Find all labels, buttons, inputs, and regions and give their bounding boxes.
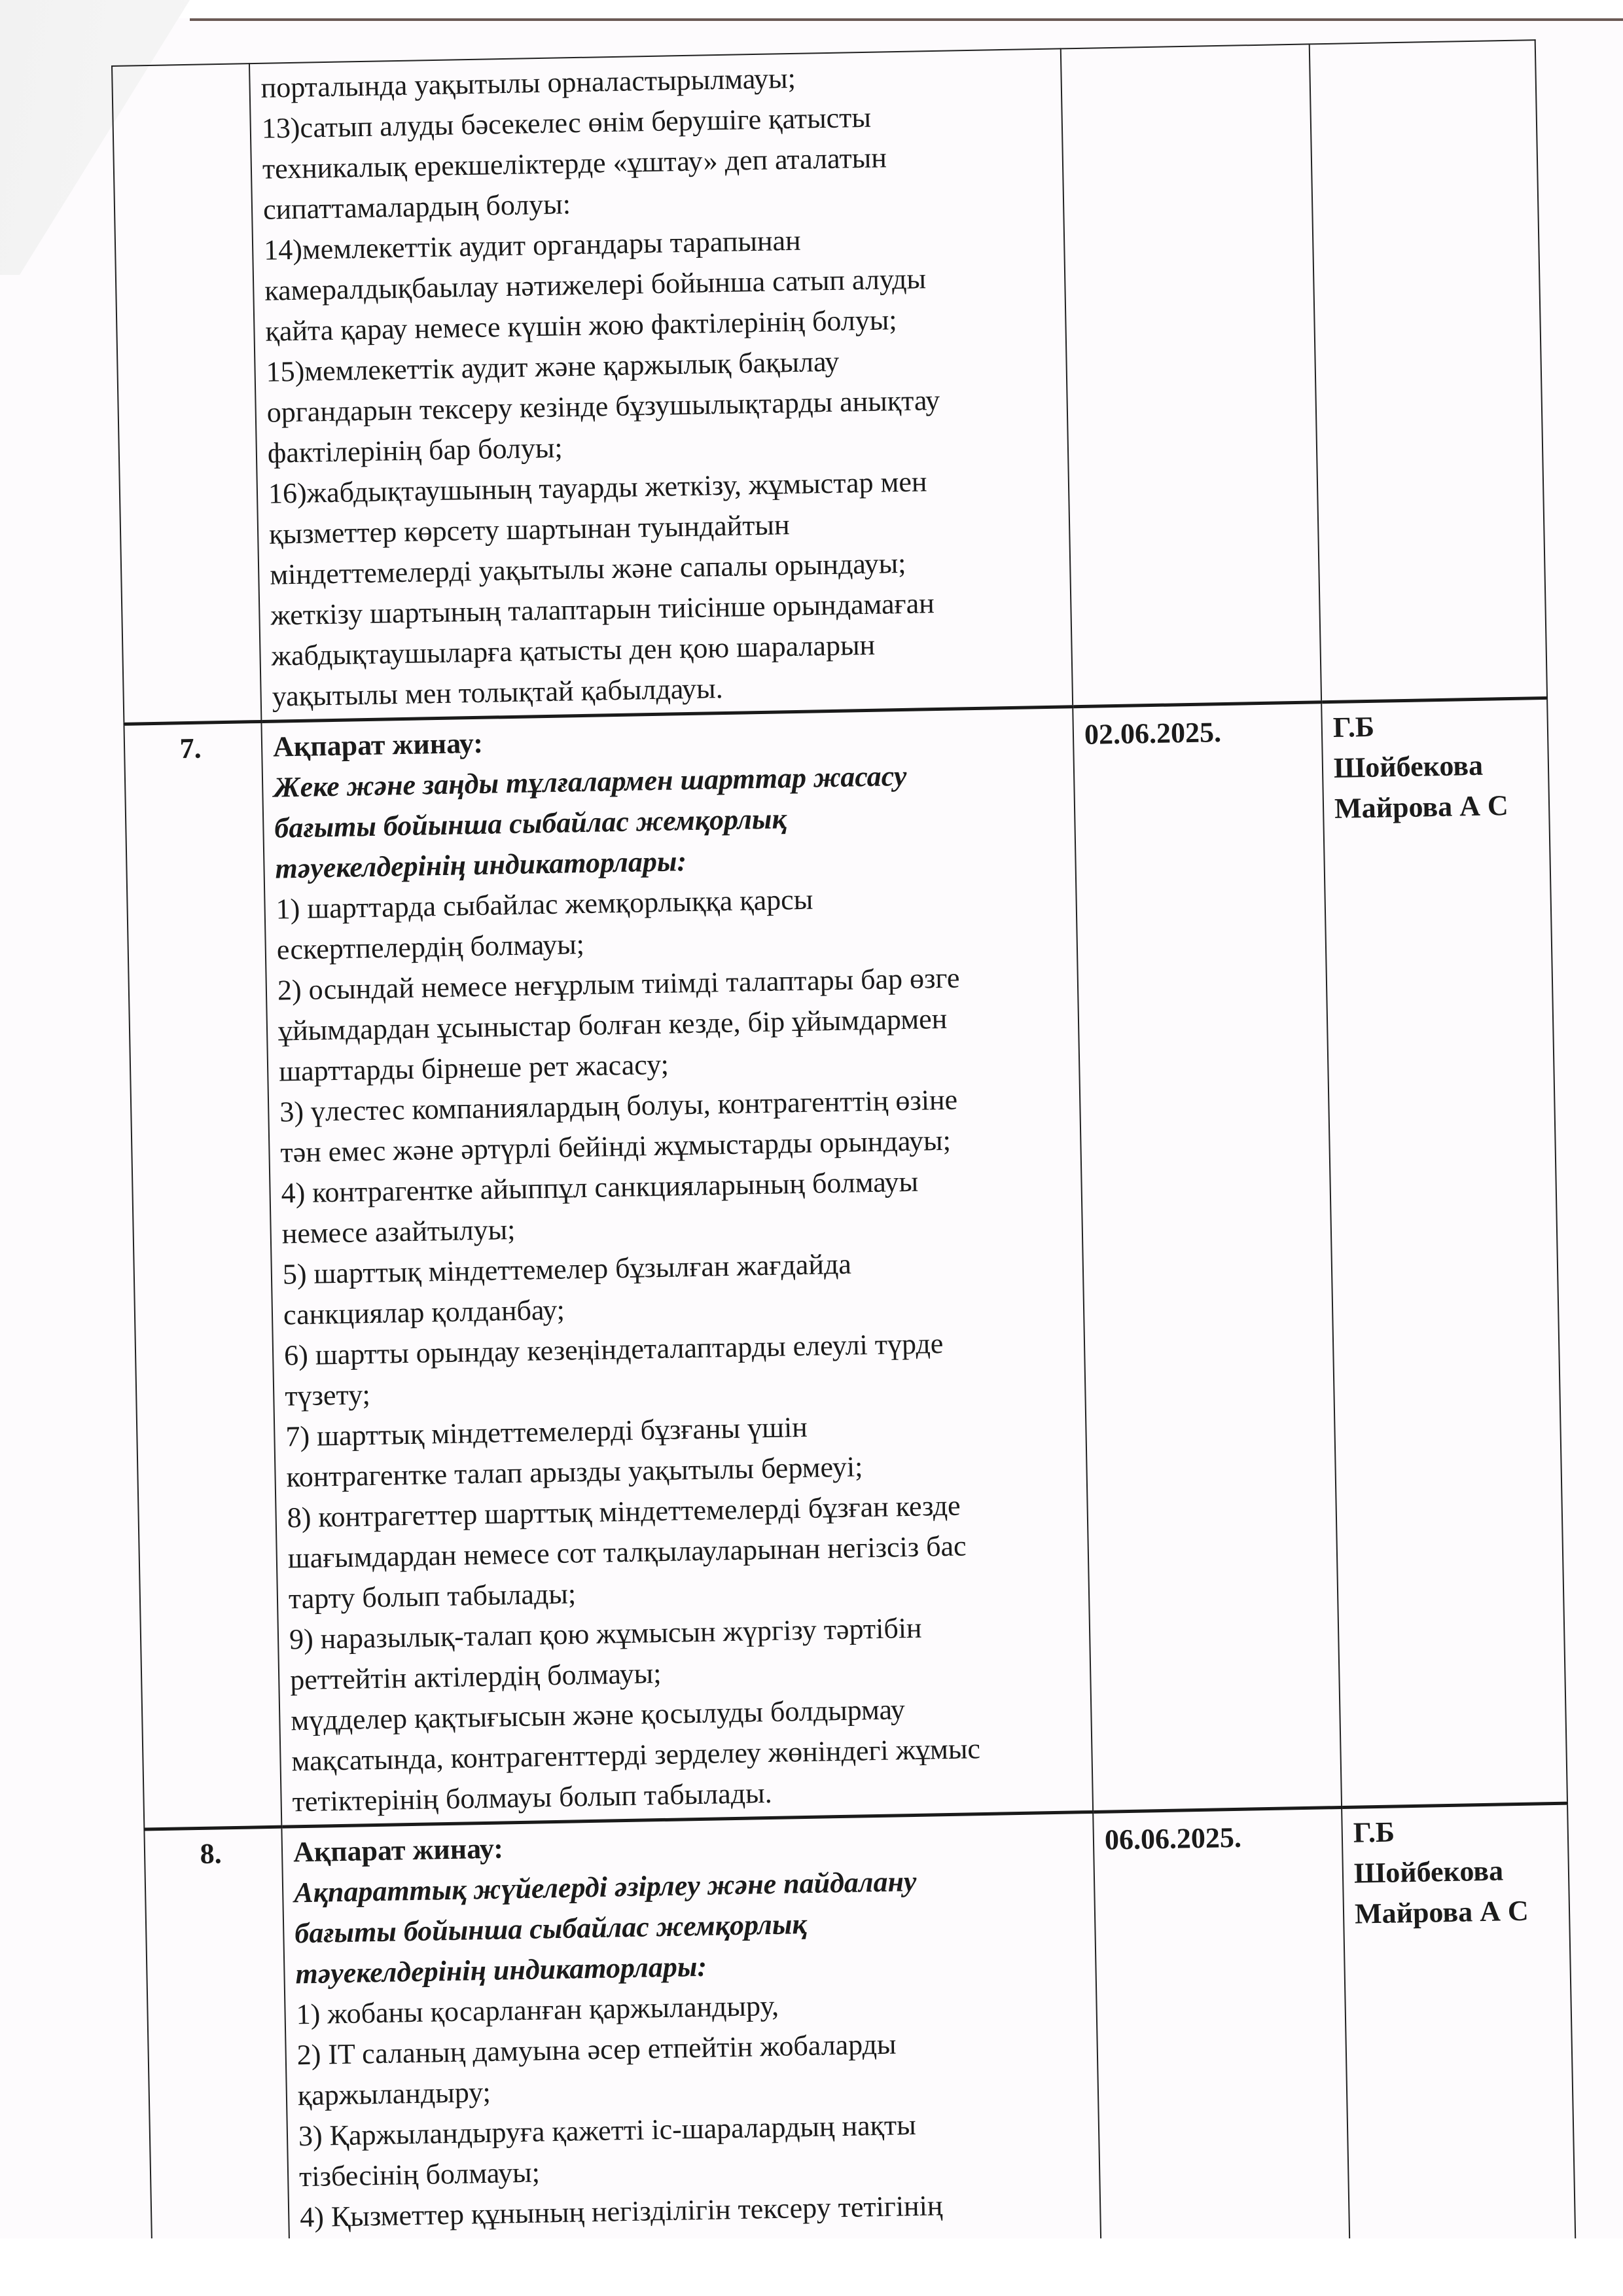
deadline-cell: 02.06.2025. — [1073, 702, 1342, 1812]
measure-cell: Ақпарат жинау: Ақпараттық жүйелерді әзір… — [281, 1812, 1101, 2282]
measure-lines: 1) шарттарда сыбайлас жемқорлыққа қарсые… — [276, 875, 1082, 1823]
measure-cell: Ақпарат жинау: Жеке және заңды тұлғаларм… — [261, 707, 1093, 1827]
responsible-name: Г.Б — [1332, 704, 1537, 748]
responsible-cell — [1310, 40, 1547, 702]
scan-top-margin — [0, 0, 1623, 18]
row-number: 7. — [124, 721, 281, 1829]
deadline-cell: 06.06.2025. — [1093, 1807, 1350, 2267]
responsible-name: Шойбекова — [1353, 1850, 1558, 1894]
scan-bottom-margin — [0, 2238, 1623, 2296]
measure-subheading: Ақпараттық жүйелерді әзірлеу және пайдал… — [294, 1858, 1085, 1994]
scan-edge-line — [190, 18, 1623, 21]
table-row: порталында уақытылы орналастырылмауы;13)… — [112, 40, 1547, 724]
document-page: порталында уақытылы орналастырылмауы;13)… — [111, 39, 1575, 2285]
responsible-cell: Г.БШойбековаМайрова А С — [1321, 698, 1567, 1807]
table-row: 7. Ақпарат жинау: Жеке және заңды тұлғал… — [124, 698, 1567, 1829]
row-number: 8. — [144, 1827, 290, 2284]
table-row: 8. Ақпарат жинау: Ақпараттық жүйелерді ә… — [144, 1803, 1575, 2284]
responsible-name: Майрова А С — [1334, 785, 1539, 829]
table-body: порталында уақытылы орналастырылмауы;13)… — [112, 40, 1576, 2284]
responsible-name: Г.Б — [1353, 1809, 1557, 1854]
measure-lines: порталында уақытылы орналастырылмауы;13)… — [260, 54, 1061, 717]
responsible-cell: Г.БШойбековаМайрова А С — [1342, 1803, 1576, 2263]
action-plan-table: порталында уақытылы орналастырылмауы;13)… — [111, 39, 1577, 2285]
deadline-cell — [1061, 44, 1321, 706]
responsible-name: Шойбекова — [1333, 744, 1537, 789]
measure-cell: порталында уақытылы орналастырылмауы;13)… — [249, 48, 1073, 721]
measure-lines: 1) жобаны қосарланған қаржыландыру,2) IT… — [296, 1980, 1090, 2278]
measure-subheading: Жеке және заңды тұлғалармен шарттар жаса… — [274, 753, 1065, 889]
row-number — [112, 63, 261, 724]
responsible-name: Майрова А С — [1355, 1890, 1559, 1935]
